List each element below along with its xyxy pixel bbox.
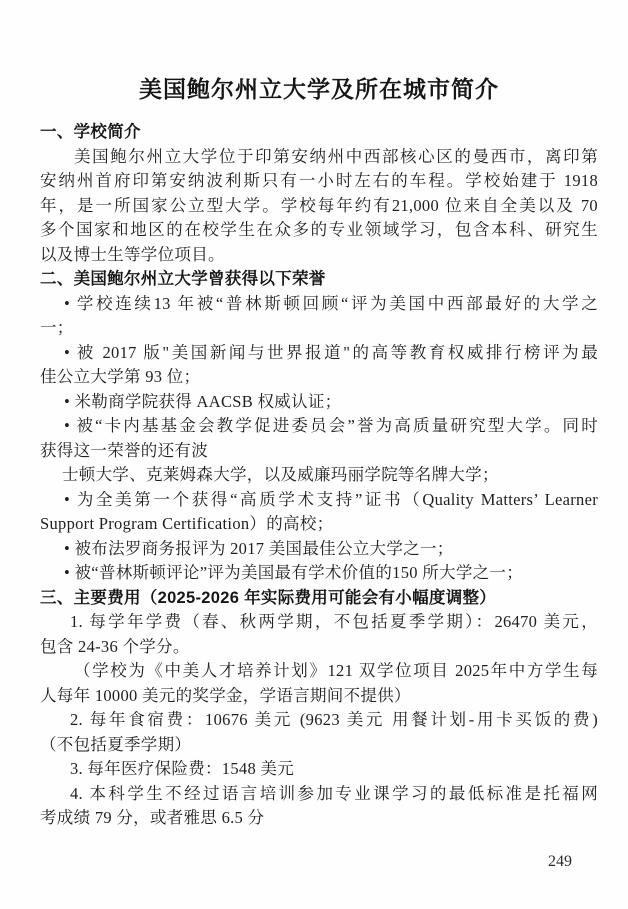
text-line: • 被“普林斯顿评论”评为美国最有学术价值的150 所大学之一； [40, 561, 598, 586]
text-line: 士顿大学、克莱姆森大学，以及威廉玛丽学院等名牌大学； [40, 463, 598, 488]
text-line: Support Program Certification）的高校； [40, 512, 598, 537]
text-line: 美国鲍尔州立大学位于印第安纳州中西部核心区的曼西市，离印第 [40, 145, 598, 170]
document-content: 美国鲍尔州立大学及所在城市简介 一、学校简介 美国鲍尔州立大学位于印第安纳州中西… [0, 0, 628, 831]
text-line: 人每年 10000 美元的奖学金，学语言期间不提供） [40, 684, 598, 709]
text-line: 3. 每年医疗保险费：1548 美元 [40, 757, 598, 782]
text-line: • 被“卡内基基金会教学促进委员会”誉为高质量研究型大学。同时 [40, 414, 598, 439]
section-heading: 二、美国鲍尔州立大学曾获得以下荣誉 [40, 267, 598, 292]
text-line: 包含 24-36 个学分。 [40, 635, 598, 660]
text-line: 一； [40, 316, 598, 341]
text-line: 安纳州首府印第安纳波利斯只有一小时左右的车程。学校始建于 1918 [40, 169, 598, 194]
text-line: 佳公立大学第 93 位； [40, 365, 598, 390]
text-line: • 被布法罗商务报评为 2017 美国最佳公立大学之一； [40, 537, 598, 562]
text-line: 获得这一荣誉的还有波 [40, 439, 598, 464]
text-line: • 被 2017 版"美国新闻与世界报道"的高等教育权威排行榜评为最 [40, 341, 598, 366]
section-heading: 一、学校简介 [40, 120, 598, 145]
text-line: • 米勒商学院获得 AACSB 权威认证； [40, 390, 598, 415]
text-line: 多个国家和地区的在校学生在众多的专业领域学习，包含本科、研究生 [40, 218, 598, 243]
section-heading: 三、主要费用（2025-2026 年实际费用可能会有小幅度调整） [40, 586, 598, 611]
page-number: 249 [548, 853, 572, 871]
text-line: （学校为《中美人才培养计划》121 双学位项目 2025年中方学生每 [40, 659, 598, 684]
text-line: （不包括夏季学期） [40, 733, 598, 758]
text-line: 1. 每学年学费（春、秋两学期，不包括夏季学期）：26470 美元， [40, 610, 598, 635]
text-line: • 学校连续13 年被“普林斯顿回顾“评为美国中西部最好的大学之 [40, 292, 598, 317]
text-line: 考成绩 79 分，或者雅思 6.5 分 [40, 806, 598, 831]
text-line: 年，是一所国家公立型大学。学校每年约有21,000 位来自全美以及 70 [40, 194, 598, 219]
document-title: 美国鲍尔州立大学及所在城市简介 [40, 74, 598, 104]
page: 美国鲍尔州立大学及所在城市简介 一、学校简介 美国鲍尔州立大学位于印第安纳州中西… [0, 0, 628, 909]
text-line: 2. 每年食宿费：10676 美元 (9623 美元 用餐计划-用卡买饭的费) [40, 708, 598, 733]
text-line: 4. 本科学生不经过语言培训参加专业课学习的最低标准是托福网 [40, 782, 598, 807]
text-line: • 为全美第一个获得“高质学术支持”证书（Quality Matters’ Le… [40, 488, 598, 513]
text-line: 以及博士生等学位项目。 [40, 243, 598, 268]
